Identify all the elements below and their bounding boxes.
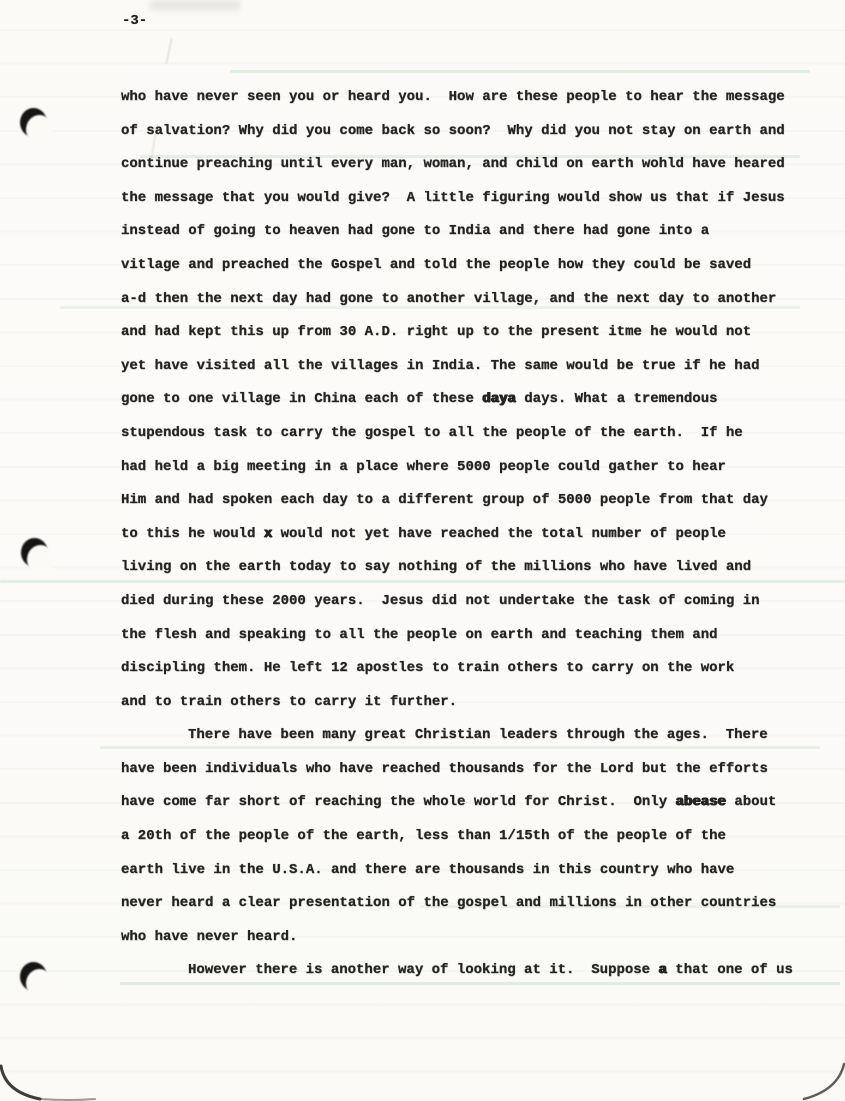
overstruck-text: daya xyxy=(482,391,516,407)
text-segment: yet have visited all the villages in Ind… xyxy=(121,358,760,374)
text-segment: instead of going to heaven had gone to I… xyxy=(121,223,709,239)
text-segment: the message that you would give? A littl… xyxy=(121,190,785,206)
text-line: a 20th of the people of the earth, less … xyxy=(121,820,821,854)
text-segment: and to train others to carry it further. xyxy=(121,694,457,710)
text-segment: had held a big meeting in a place where … xyxy=(121,459,726,475)
text-line: stupendous task to carry the gospel to a… xyxy=(121,417,821,451)
text-segment: who have never heard. xyxy=(121,929,297,945)
text-line: However there is another way of looking … xyxy=(121,954,821,988)
overstruck-text: abease xyxy=(676,794,726,810)
text-segment: discipling them. He left 12 apostles to … xyxy=(121,660,734,676)
text-line: the flesh and speaking to all the people… xyxy=(121,619,821,653)
text-segment: to this he would xyxy=(121,526,264,542)
text-segment: have come far short of reaching the whol… xyxy=(121,794,676,810)
text-segment: that one of us xyxy=(667,962,793,978)
text-line: continue preaching until every man, woma… xyxy=(121,148,821,182)
text-segment: would not yet have reached the total num… xyxy=(272,526,726,542)
text-line: to this he would x would not yet have re… xyxy=(121,518,821,552)
scan-streak xyxy=(230,70,810,73)
text-line: have come far short of reaching the whol… xyxy=(121,786,821,820)
text-segment: Him and had spoken each day to a differe… xyxy=(121,492,768,508)
text-line: yet have visited all the villages in Ind… xyxy=(121,350,821,384)
text-segment: never heard a clear presentation of the … xyxy=(121,895,776,911)
text-segment: the flesh and speaking to all the people… xyxy=(121,627,718,643)
text-segment: days. What a tremendous xyxy=(516,391,718,407)
text-line: and to train others to carry it further. xyxy=(121,686,821,720)
text-line: died during these 2000 years. Jesus did … xyxy=(121,585,821,619)
document-body: who have never seen you or heard you. Ho… xyxy=(121,81,821,988)
hole-punch xyxy=(20,962,47,991)
text-line: and had kept this up from 30 A.D. right … xyxy=(121,316,821,350)
text-segment: who have never seen you or heard you. Ho… xyxy=(121,89,785,105)
text-line: Him and had spoken each day to a differe… xyxy=(121,484,821,518)
text-segment: have been individuals who have reached t… xyxy=(121,761,768,777)
text-line: who have never seen you or heard you. Ho… xyxy=(121,81,821,115)
text-segment: gone to one village in China each of the… xyxy=(121,391,482,407)
text-segment: and had kept this up from 30 A.D. right … xyxy=(121,324,751,340)
text-segment: continue preaching until every man, woma… xyxy=(121,156,785,172)
text-line: had held a big meeting in a place where … xyxy=(121,451,821,485)
hole-punch-highlight xyxy=(26,115,53,144)
text-line: gone to one village in China each of the… xyxy=(121,383,821,417)
text-line: have been individuals who have reached t… xyxy=(121,753,821,787)
scanned-typewritten-page: -3- who have never seen you or heard you… xyxy=(0,0,845,1101)
overstruck-text: x xyxy=(264,526,272,542)
text-segment: of salvation? Why did you come back so s… xyxy=(121,123,785,139)
text-segment: died during these 2000 years. Jesus did … xyxy=(121,593,760,609)
text-line: who have never heard. xyxy=(121,921,821,955)
text-line: a-d then the next day had gone to anothe… xyxy=(121,283,821,317)
text-line: the message that you would give? A littl… xyxy=(121,182,821,216)
scan-scratch xyxy=(165,38,172,64)
text-segment: a 20th of the people of the earth, less … xyxy=(121,828,726,844)
hole-punch xyxy=(21,538,48,567)
text-line: vitlage and preached the Gospel and told… xyxy=(121,249,821,283)
text-line: There have been many great Christian lea… xyxy=(121,719,821,753)
page-number: -3- xyxy=(122,13,147,29)
hole-punch-highlight xyxy=(26,969,53,998)
overstruck-text: a xyxy=(658,962,666,978)
text-segment: a-d then the next day had gone to anothe… xyxy=(121,291,776,307)
hole-punch xyxy=(20,108,47,137)
text-line: discipling them. He left 12 apostles to … xyxy=(121,652,821,686)
text-segment: vitlage and preached the Gospel and told… xyxy=(121,257,751,273)
text-segment: There have been many great Christian lea… xyxy=(188,727,768,743)
text-segment: stupendous task to carry the gospel to a… xyxy=(121,425,743,441)
text-line: instead of going to heaven had gone to I… xyxy=(121,215,821,249)
hole-punch-highlight xyxy=(27,545,54,574)
text-segment: about xyxy=(726,794,776,810)
text-segment: living on the earth today to say nothing… xyxy=(121,559,751,575)
text-line: never heard a clear presentation of the … xyxy=(121,887,821,921)
text-line: of salvation? Why did you come back so s… xyxy=(121,115,821,149)
text-line: earth live in the U.S.A. and there are t… xyxy=(121,854,821,888)
text-segment: However there is another way of looking … xyxy=(188,962,658,978)
hole-punch-shadow xyxy=(20,962,47,991)
text-segment: earth live in the U.S.A. and there are t… xyxy=(121,862,734,878)
hole-punch-shadow xyxy=(21,538,48,567)
hole-punch-shadow xyxy=(20,108,47,137)
text-line: living on the earth today to say nothing… xyxy=(121,551,821,585)
scan-smudge xyxy=(150,0,240,10)
